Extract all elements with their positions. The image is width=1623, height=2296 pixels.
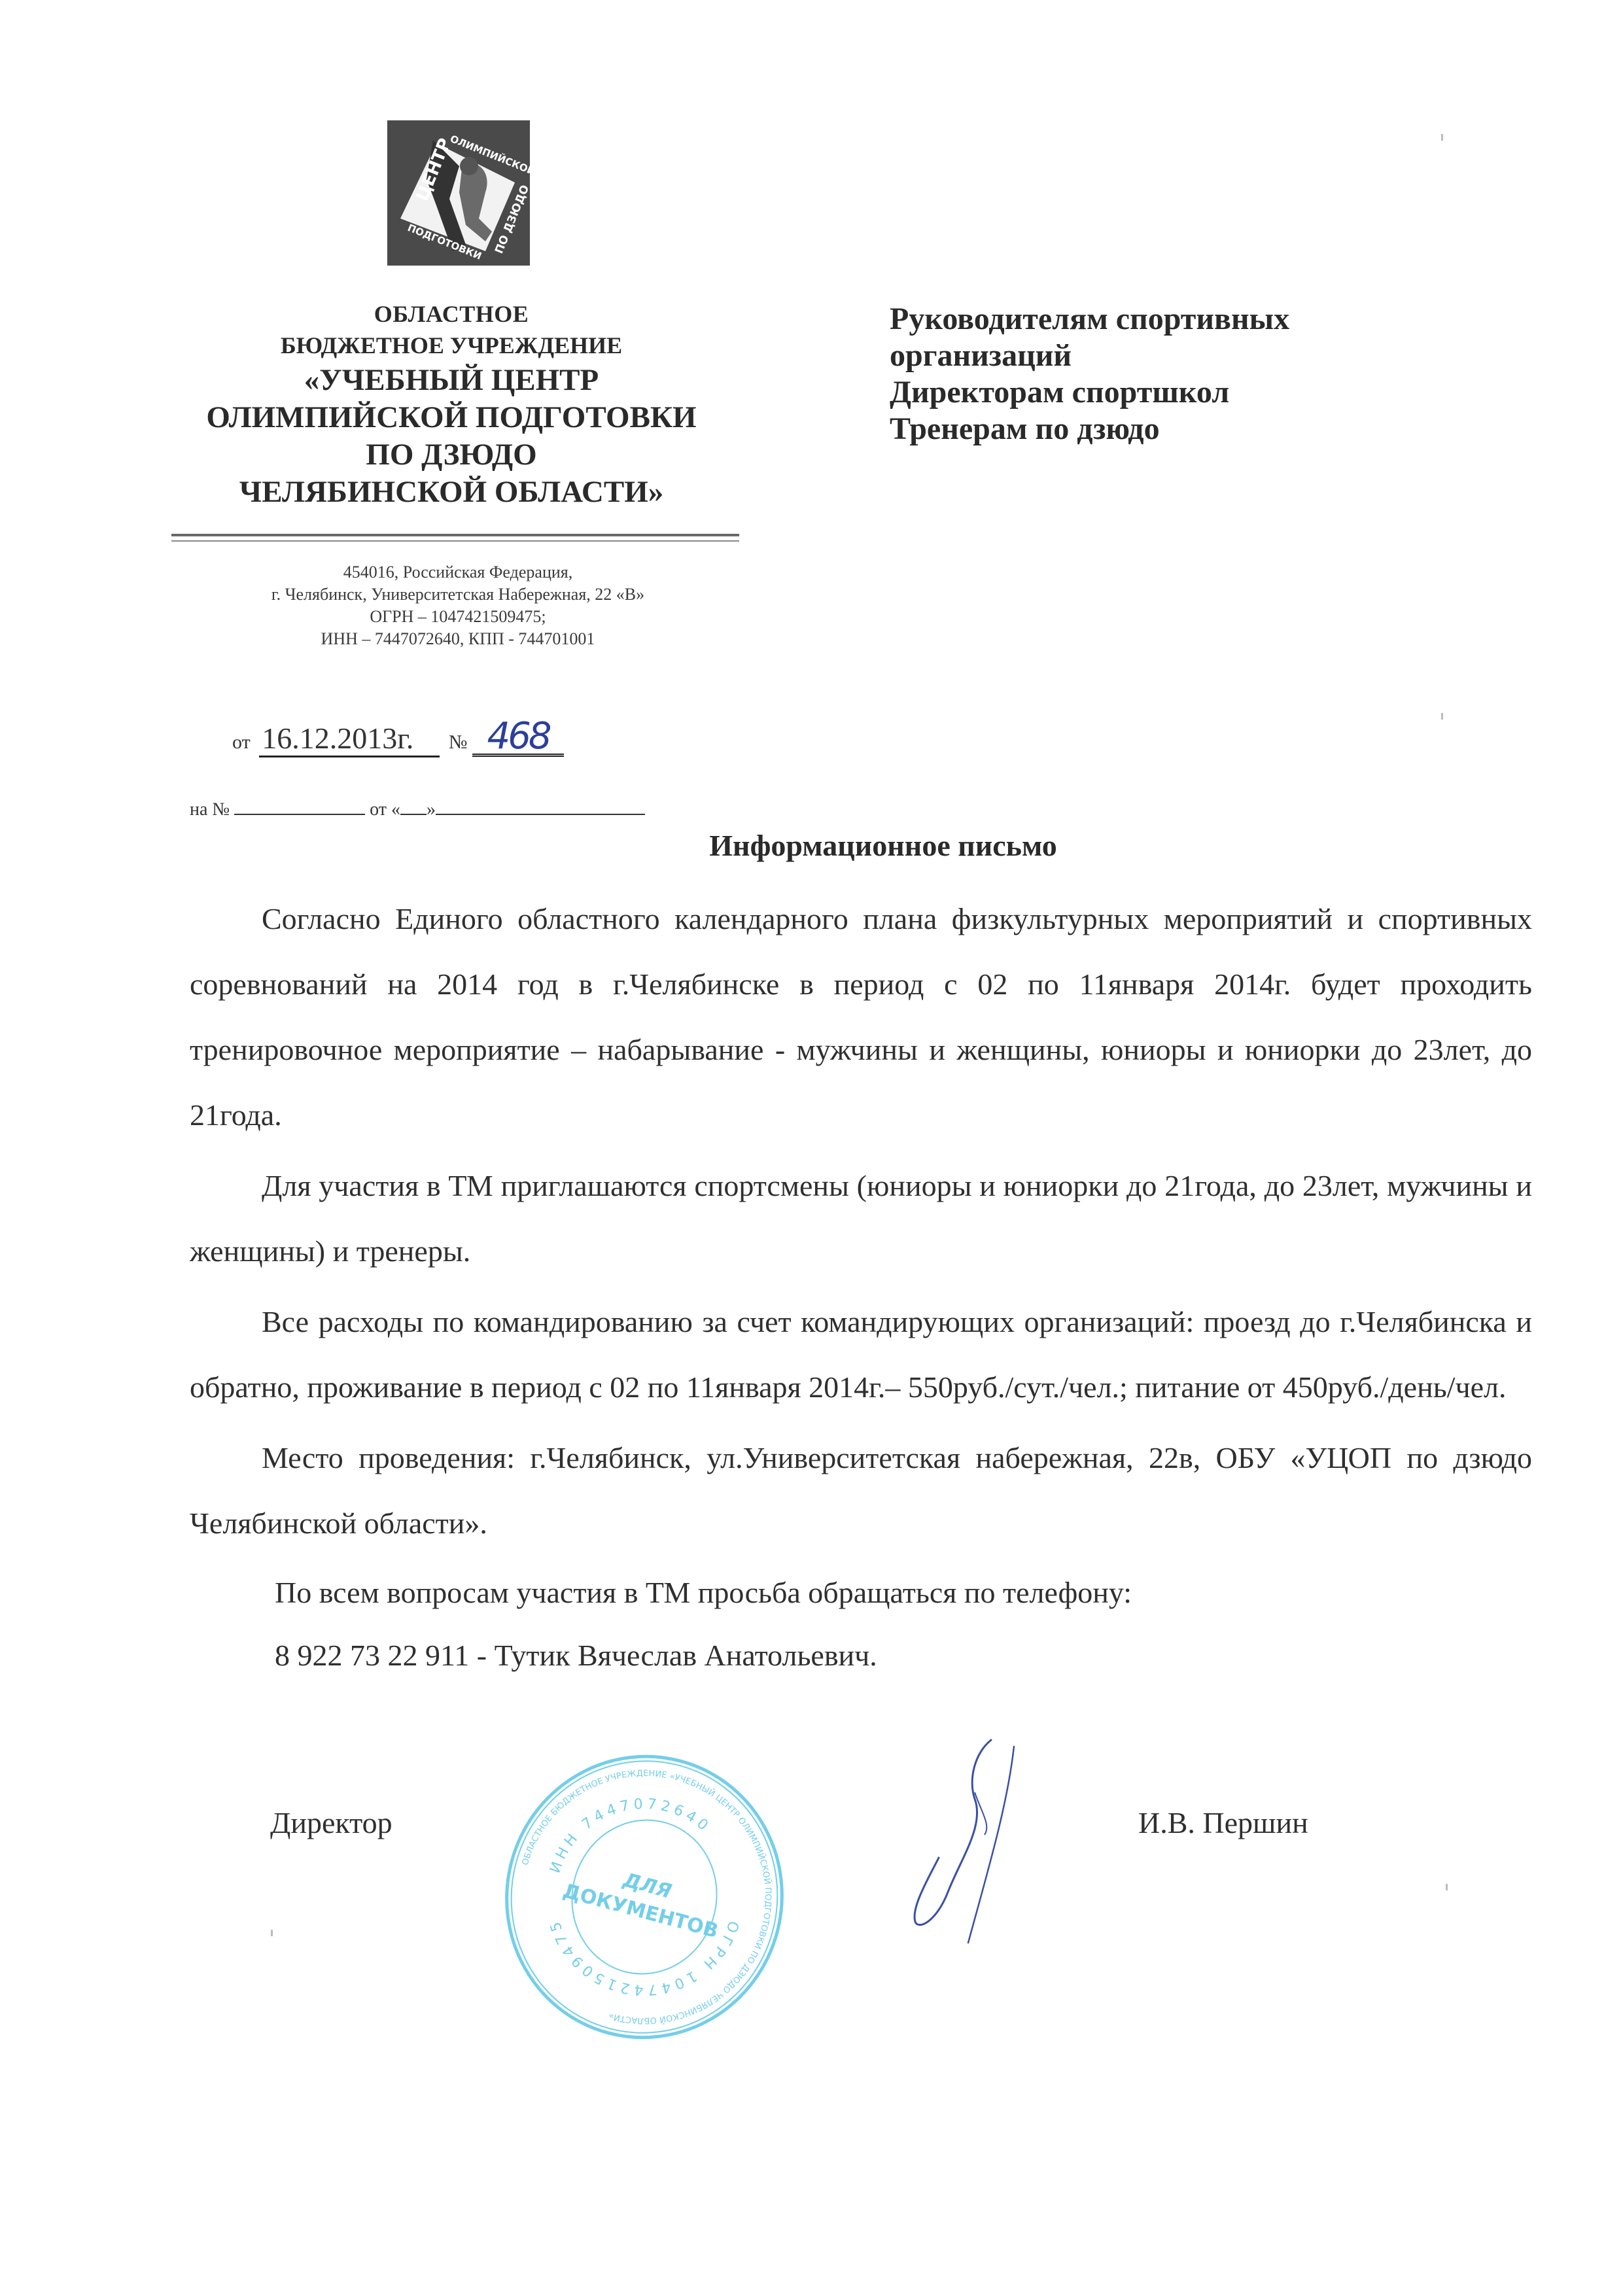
organization-logo: ЦЕНТР ОЛИМПИЙСКОЙ ПОДГОТОВКИ ПО ДЗЮДО <box>387 120 530 266</box>
recipients-block: Руководителям спортивных организаций Дир… <box>890 301 1478 447</box>
org-line-5: ПО ДЗЮДО <box>164 440 739 470</box>
reference-day-blank <box>400 801 427 815</box>
letter-number-handwritten: 468 <box>472 720 564 757</box>
svg-text:ОБЛАСТНОЕ БЮДЖЕТНОЕ УЧРЕЖДЕНИЕ: ОБЛАСТНОЕ БЮДЖЕТНОЕ УЧРЕЖДЕНИЕ «УЧЕБНЫЙ … <box>494 1747 795 2047</box>
paragraph-expenses: Все расходы по командированию за счет ко… <box>190 1289 1532 1420</box>
outgoing-date-number: от 16.12.2013г. № 468 <box>232 720 564 757</box>
reference-month-blank <box>436 801 645 815</box>
scan-artifact <box>1446 1884 1448 1890</box>
org-line-1: ОБЛАСТНОЕ <box>164 302 739 326</box>
scan-artifact <box>1441 713 1443 720</box>
recipient-line: организаций <box>890 338 1478 374</box>
letter-date: 16.12.2013г. <box>259 721 440 757</box>
org-line-6: ЧЕЛЯБИНСКОЙ ОБЛАСТИ» <box>164 477 739 508</box>
contact-intro: По всем вопросам участия в ТМ просьба об… <box>190 1561 1532 1624</box>
date-label: от <box>232 731 251 753</box>
signatory-name: И.В. Першин <box>1138 1805 1308 1840</box>
reference-number-label: на № <box>190 799 230 820</box>
address-line: 454016, Российская Федерация, <box>164 561 752 583</box>
org-line-2: БЮДЖЕТНОЕ УЧРЕЖДЕНИЕ <box>164 334 739 357</box>
contact-phone: 8 922 73 22 911 - Тутик Вячеслав Анатоль… <box>190 1624 1532 1687</box>
recipient-line: Директорам спортшкол <box>890 374 1478 411</box>
signatory-role: Директор <box>270 1805 393 1840</box>
reference-line: на № от «» <box>190 799 645 820</box>
reference-close-quote: » <box>427 799 436 820</box>
inn-kpp-line: ИНН – 7447072640, КПП - 744701001 <box>164 628 752 650</box>
reference-number-blank <box>234 801 365 815</box>
stamp-seal-icon: ОБЛАСТНОЕ БЮДЖЕТНОЕ УЧРЕЖДЕНИЕ «УЧЕБНЫЙ … <box>494 1747 795 2047</box>
recipient-line: Тренерам по дзюдо <box>890 411 1478 447</box>
organization-header: ОБЛАСТНОЕ БЮДЖЕТНОЕ УЧРЕЖДЕНИЕ «УЧЕБНЫЙ … <box>164 302 739 514</box>
organization-address: 454016, Российская Федерация, г. Челябин… <box>164 561 752 650</box>
document-title: Информационное письмо <box>164 828 1603 863</box>
handwritten-signature <box>877 1727 1034 1962</box>
letter-body: Согласно Единого областного календарного… <box>190 886 1532 1687</box>
number-label: № <box>449 731 468 753</box>
scan-artifact <box>1441 134 1443 141</box>
paragraph-event: Согласно Единого областного календарного… <box>190 886 1532 1148</box>
org-line-3: «УЧЕБНЫЙ ЦЕНТР <box>164 365 739 396</box>
ogrn-line: ОГРН – 1047421509475; <box>164 606 752 628</box>
address-line: г. Челябинск, Университетская Набережная… <box>164 583 752 606</box>
reference-date-label: от « <box>370 799 400 820</box>
paragraph-venue: Место проведения: г.Челябинск, ул.Универ… <box>190 1425 1532 1556</box>
org-line-4: ОЛИМПИЙСКОЙ ПОДГОТОВКИ <box>164 402 739 433</box>
recipient-line: Руководителям спортивных <box>890 301 1478 338</box>
paragraph-participants: Для участия в ТМ приглашаются спортсмены… <box>190 1153 1532 1284</box>
header-divider-thin <box>171 540 739 542</box>
scan-artifact <box>271 1930 273 1936</box>
header-divider <box>171 534 739 536</box>
official-stamp: ОБЛАСТНОЕ БЮДЖЕТНОЕ УЧРЕЖДЕНИЕ «УЧЕБНЫЙ … <box>494 1747 795 2047</box>
judo-center-logo-icon: ЦЕНТР ОЛИМПИЙСКОЙ ПОДГОТОВКИ ПО ДЗЮДО <box>387 120 530 266</box>
signature-scribble-icon <box>877 1727 1034 1962</box>
